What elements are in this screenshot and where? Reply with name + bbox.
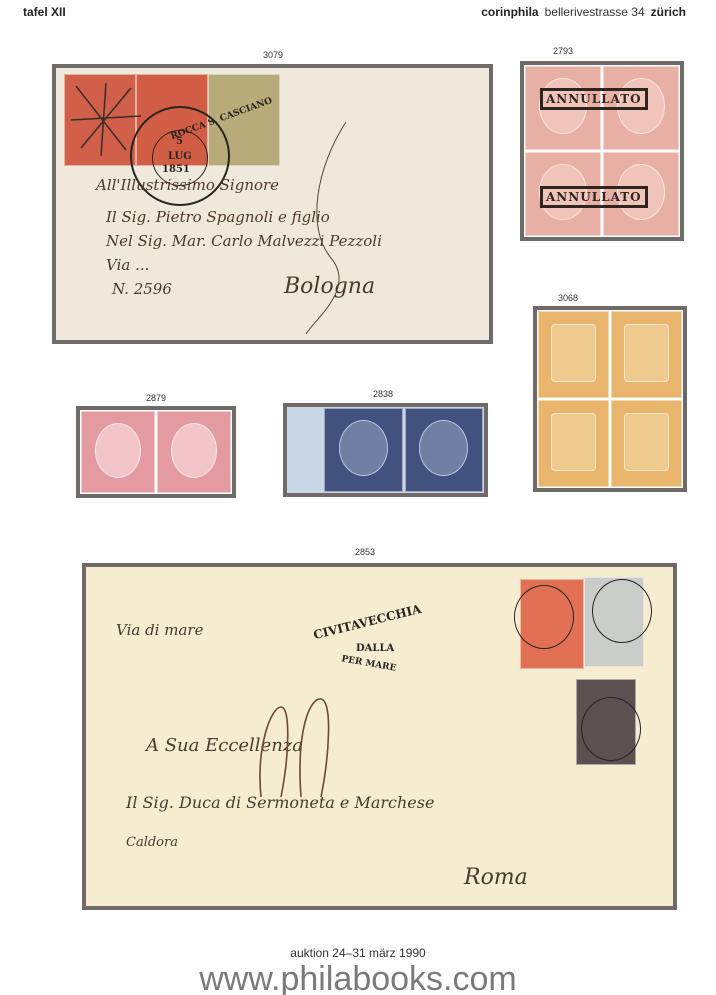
block-3068[interactable]	[533, 306, 687, 492]
address-line-4: Caldora	[126, 835, 178, 850]
lot-number: 2879	[126, 393, 186, 403]
stamp-design	[339, 420, 388, 476]
auction-dates: auktion 24–31 märz 1990	[0, 946, 716, 960]
address-line-5: N. 2596	[112, 280, 172, 298]
postmark-day: 5	[176, 136, 183, 147]
pair-2879[interactable]	[76, 406, 236, 498]
stamp	[611, 400, 682, 487]
publisher-city: zürich	[651, 5, 686, 19]
pen-stroke	[296, 118, 356, 338]
stamp-design	[95, 423, 141, 477]
cover-2853[interactable]: CIVITAVECCHIA DALLA PER MARE Via di mare…	[82, 563, 677, 910]
postmark-month: LUG	[168, 151, 192, 162]
stamp	[324, 408, 403, 492]
publisher-name: corinphila	[481, 5, 538, 19]
address-city: Roma	[464, 865, 528, 890]
cancel-annullato-2: ANNULLATO	[540, 186, 648, 208]
lot-number: 2853	[335, 547, 395, 557]
rate-marking	[251, 687, 351, 807]
stamp	[157, 411, 231, 493]
watermark: www.philabooks.com	[0, 960, 716, 995]
cover-3079[interactable]: ROCCA S. CASCIANO 5 LUG 1851 All'Illustr…	[52, 64, 493, 344]
stamp	[611, 311, 682, 398]
stamp-design	[551, 324, 595, 382]
postmark-circle	[581, 697, 641, 761]
stamp	[405, 408, 484, 492]
address-line-1: Via di mare	[116, 621, 203, 639]
stamp	[538, 400, 609, 487]
lot-number: 2838	[353, 389, 413, 399]
postmark-year: 1851	[162, 164, 190, 175]
stamp-design	[624, 324, 668, 382]
stamp-design	[171, 423, 217, 477]
postmark-circle	[592, 579, 652, 643]
handstamp-line-1: CIVITAVECCHIA	[312, 602, 423, 642]
stamp	[538, 311, 609, 398]
plate-number: tafel XII	[23, 5, 66, 19]
handstamp-line-2: DALLA	[356, 643, 394, 654]
handstamp-line-3: PER MARE	[341, 654, 397, 673]
stamp	[81, 411, 155, 493]
address-line-4: Via ...	[106, 256, 149, 274]
publisher-header: corinphilabellerivestrasse 34zürich	[481, 5, 686, 19]
stamp-design	[624, 413, 668, 471]
address-line-1: All'Illustrissimo Signore	[96, 176, 279, 194]
lot-number: 3068	[538, 293, 598, 303]
stamp-design	[551, 413, 595, 471]
cancel-annullato-1: ANNULLATO	[540, 88, 648, 110]
stamp-design	[419, 420, 468, 476]
publisher-address: bellerivestrasse 34	[545, 5, 645, 19]
postmark-circle	[514, 585, 574, 649]
pair-2838[interactable]	[283, 403, 488, 497]
lot-number: 2793	[533, 46, 593, 56]
lot-number: 3079	[243, 50, 303, 60]
